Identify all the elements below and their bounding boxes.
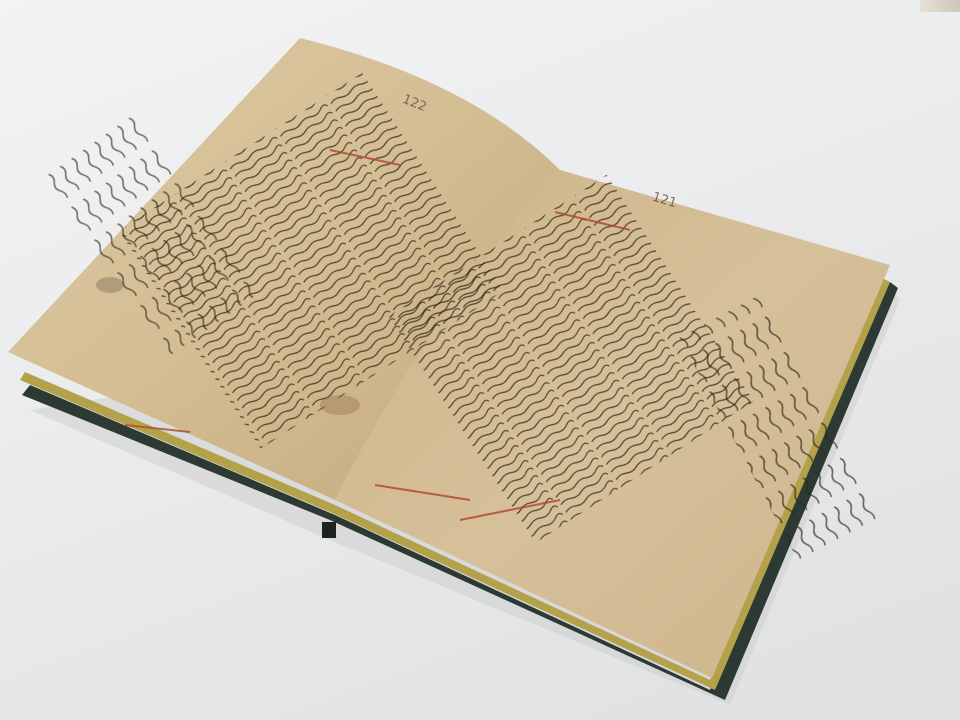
spine-headband xyxy=(322,522,336,538)
photo-scene: 122 121 xyxy=(0,0,960,720)
stain xyxy=(320,395,360,415)
stain xyxy=(96,277,124,293)
book-illustration xyxy=(0,0,960,720)
